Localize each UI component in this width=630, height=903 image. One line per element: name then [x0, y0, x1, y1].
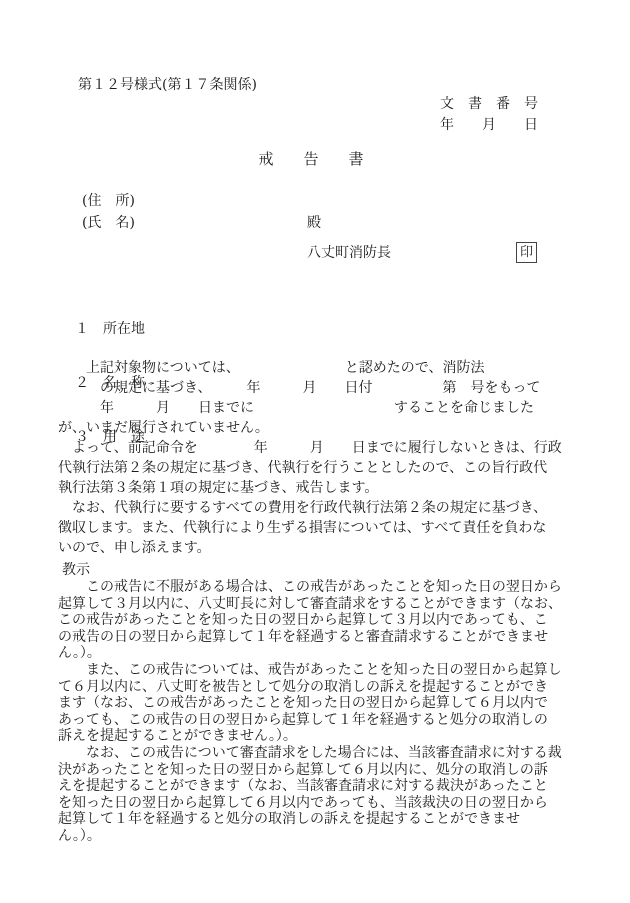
recipient-name-label: (氏 名) [82, 215, 135, 232]
issuer-name: 八丈町消防長 [307, 245, 391, 262]
form-number: 第１２号様式(第１７条関係) [78, 77, 257, 94]
instruction-body-text: この戒告に不服がある場合は、この戒告があったことを知った日の翌日から 起算して３… [58, 579, 624, 845]
warning-document-page: 第１２号様式(第１７条関係) 文 書 番 号 年 月 日 戒 告 書 (住 所)… [0, 0, 630, 903]
main-body-text: 上記対象物については、 と認めたので、消防法 の規定に基づき、 年 月 日付 第… [58, 358, 624, 558]
document-number-label: 文 書 番 号 [440, 96, 538, 113]
instruction-heading: 教示 [62, 562, 90, 579]
recipient-honorific: 殿 [307, 215, 321, 232]
document-date-label: 年 月 日 [440, 117, 538, 134]
issuer-seal-mark: 印 [516, 242, 537, 263]
recipient-address-label: (住 所) [82, 193, 135, 210]
document-title: 戒 告 書 [0, 150, 622, 168]
property-item-location: １ 所在地 [75, 319, 145, 340]
